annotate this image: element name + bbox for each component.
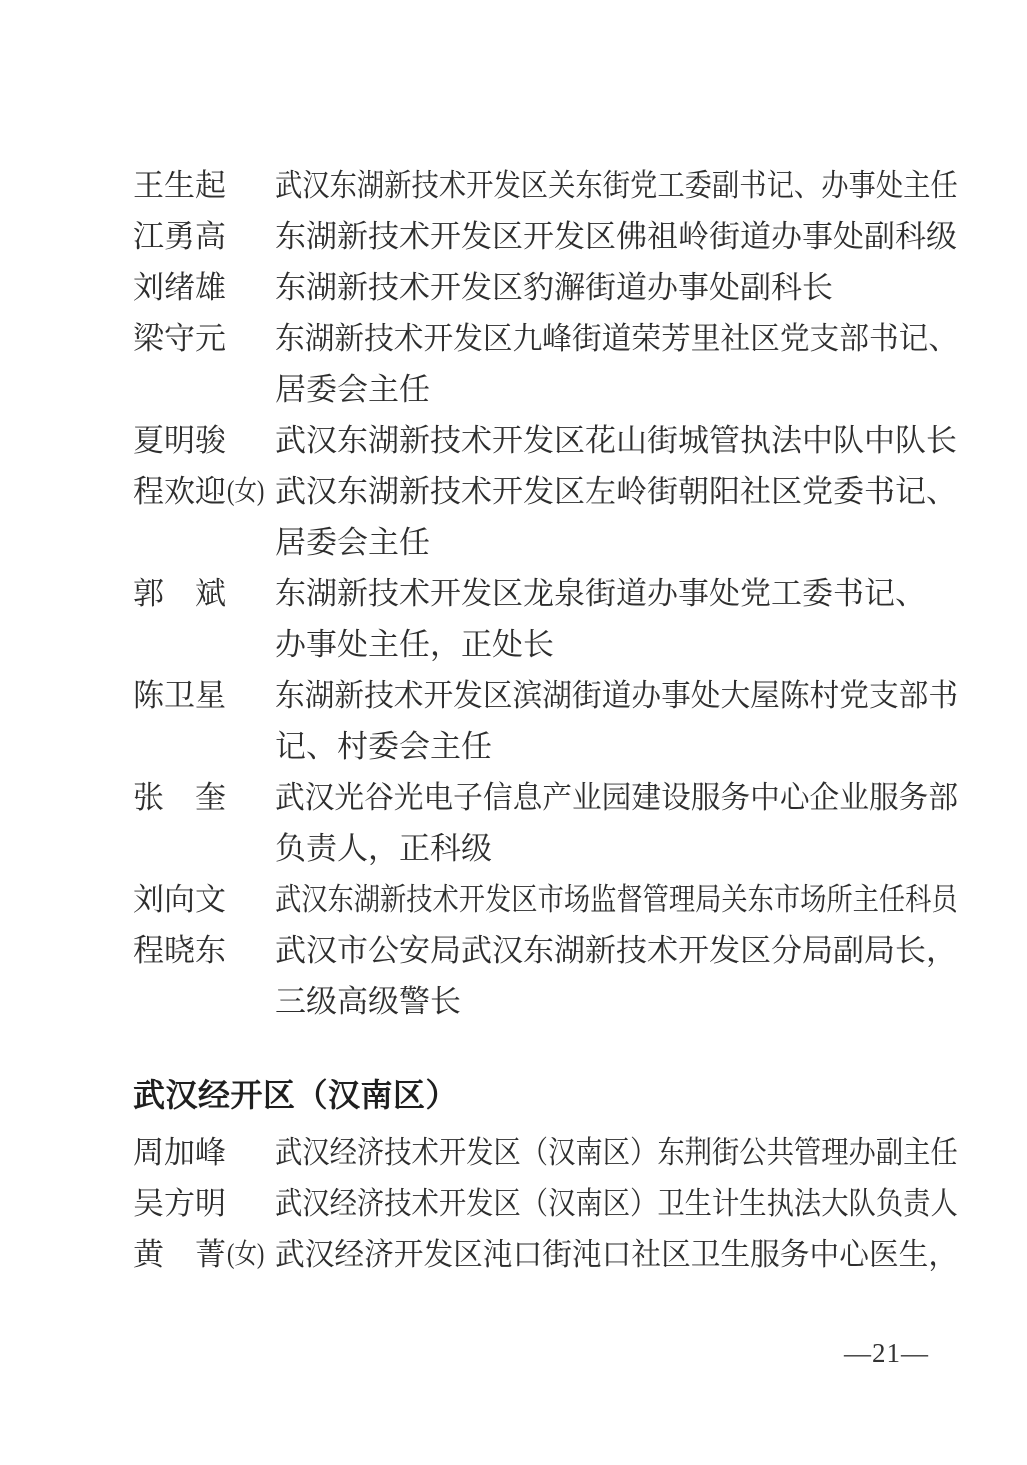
description-line-text: 武汉经济技术开发区（汉南区）东荆街公共管理办副主任	[275, 1127, 958, 1178]
description-line-text: 武汉东湖新技术开发区关东街党工委副书记、办事处主任	[275, 160, 958, 211]
entry-name-cell: 陈卫星	[133, 670, 275, 721]
description-line: 武汉东湖新技术开发区左岭街朝阳社区党委书记、	[275, 466, 958, 517]
description-line-text: 东湖新技术开发区豹澥街道办事处副科长	[275, 262, 833, 313]
section-heading: 武汉经开区（汉南区）	[133, 1069, 958, 1121]
description-line: 武汉经济技术开发区（汉南区）卫生计生执法大队负责人	[275, 1178, 958, 1229]
description-line: 记、村委会主任	[275, 721, 958, 772]
entry-name: 吴方明	[133, 1178, 226, 1229]
description-line: 武汉东湖新技术开发区花山街城管执法中队中队长	[275, 415, 958, 466]
description-line-text: 东湖新技术开发区滨湖街道办事处大屋陈村党支部书	[275, 670, 958, 721]
description-line-text: 负责人，正科级	[275, 823, 492, 874]
entry-description: 武汉东湖新技术开发区关东街党工委副书记、办事处主任	[275, 160, 958, 211]
entry-description: 武汉东湖新技术开发区左岭街朝阳社区党委书记、居委会主任	[275, 466, 958, 568]
description-line-text: 三级高级警长	[275, 976, 461, 1027]
entry-row: 张 奎武汉光谷光电子信息产业园建设服务中心企业服务部负责人，正科级	[133, 772, 958, 874]
entry-name: 夏明骏	[133, 415, 226, 466]
entry-row: 郭 斌东湖新技术开发区龙泉街道办事处党工委书记、办事处主任，正处长	[133, 568, 958, 670]
entry-description: 武汉东湖新技术开发区花山街城管执法中队中队长	[275, 415, 958, 466]
entry-description: 东湖新技术开发区龙泉街道办事处党工委书记、办事处主任，正处长	[275, 568, 958, 670]
description-line-text: 办事处主任，正处长	[275, 619, 554, 670]
entry-row: 梁守元东湖新技术开发区九峰街道荣芳里社区党支部书记、居委会主任	[133, 313, 958, 415]
entry-description: 东湖新技术开发区九峰街道荣芳里社区党支部书记、居委会主任	[275, 313, 958, 415]
description-line: 武汉东湖新技术开发区关东街党工委副书记、办事处主任	[275, 160, 958, 211]
entry-row: 江勇高东湖新技术开发区开发区佛祖岭街道办事处副科级	[133, 211, 958, 262]
entry-name-cell: 郭 斌	[133, 568, 275, 619]
description-line-text: 武汉东湖新技术开发区市场监督管理局关东市场所主任科员	[275, 874, 958, 925]
entry-name: 张 奎	[133, 772, 226, 823]
entry-name: 周加峰	[133, 1127, 226, 1178]
entry-description: 东湖新技术开发区开发区佛祖岭街道办事处副科级	[275, 211, 958, 262]
entry-row: 程晓东武汉市公安局武汉东湖新技术开发区分局副局长，三级高级警长	[133, 925, 958, 1027]
entry-row: 夏明骏武汉东湖新技术开发区花山街城管执法中队中队长	[133, 415, 958, 466]
description-line-text: 武汉市公安局武汉东湖新技术开发区分局副局长，	[275, 925, 957, 976]
description-line-text: 东湖新技术开发区九峰街道荣芳里社区党支部书记、	[275, 313, 958, 364]
entry-name: 王生起	[133, 160, 226, 211]
page-number: —21—	[844, 1336, 929, 1370]
entry-description: 东湖新技术开发区滨湖街道办事处大屋陈村党支部书记、村委会主任	[275, 670, 958, 772]
entry-row: 黄 菁(女)武汉经济开发区沌口街沌口社区卫生服务中心医生，	[133, 1229, 958, 1280]
description-line: 武汉市公安局武汉东湖新技术开发区分局副局长，	[275, 925, 958, 976]
description-line-text: 武汉东湖新技术开发区左岭街朝阳社区党委书记、	[275, 466, 957, 517]
description-line: 东湖新技术开发区龙泉街道办事处党工委书记、	[275, 568, 958, 619]
entry-row: 王生起武汉东湖新技术开发区关东街党工委副书记、办事处主任	[133, 160, 958, 211]
description-line-text: 东湖新技术开发区龙泉街道办事处党工委书记、	[275, 568, 926, 619]
entry-name-cell: 刘绪雄	[133, 262, 275, 313]
entry-name-cell: 夏明骏	[133, 415, 275, 466]
description-line: 东湖新技术开发区豹澥街道办事处副科长	[275, 262, 958, 313]
entry-list: 王生起武汉东湖新技术开发区关东街党工委副书记、办事处主任江勇高东湖新技术开发区开…	[133, 160, 958, 1280]
entry-description: 武汉经济技术开发区（汉南区）卫生计生执法大队负责人	[275, 1178, 958, 1229]
description-line: 东湖新技术开发区九峰街道荣芳里社区党支部书记、	[275, 313, 958, 364]
entry-name: 郭 斌	[133, 568, 226, 619]
entry-row: 吴方明武汉经济技术开发区（汉南区）卫生计生执法大队负责人	[133, 1178, 958, 1229]
entry-description: 武汉东湖新技术开发区市场监督管理局关东市场所主任科员	[275, 874, 958, 925]
entry-description: 武汉光谷光电子信息产业园建设服务中心企业服务部负责人，正科级	[275, 772, 958, 874]
description-line: 武汉经济技术开发区（汉南区）东荆街公共管理办副主任	[275, 1127, 958, 1178]
entry-name: 刘绪雄	[133, 262, 226, 313]
entry-name: 陈卫星	[133, 670, 226, 721]
entry-name: 程欢迎	[133, 466, 226, 517]
entry-name-cell: 江勇高	[133, 211, 275, 262]
entry-name-cell: 周加峰	[133, 1127, 275, 1178]
description-line: 居委会主任	[275, 364, 958, 415]
entry-name-cell: 王生起	[133, 160, 275, 211]
entry-row: 周加峰武汉经济技术开发区（汉南区）东荆街公共管理办副主任	[133, 1127, 958, 1178]
entry-name-cell: 黄 菁(女)	[133, 1229, 275, 1280]
entry-name-cell: 梁守元	[133, 313, 275, 364]
description-line: 东湖新技术开发区滨湖街道办事处大屋陈村党支部书	[275, 670, 958, 721]
entry-description: 武汉经济技术开发区（汉南区）东荆街公共管理办副主任	[275, 1127, 958, 1178]
entry-name: 刘向文	[133, 874, 226, 925]
description-line: 办事处主任，正处长	[275, 619, 958, 670]
description-line-text: 武汉经济技术开发区（汉南区）卫生计生执法大队负责人	[275, 1178, 958, 1229]
section: 武汉经开区（汉南区）周加峰武汉经济技术开发区（汉南区）东荆街公共管理办副主任吴方…	[133, 1069, 958, 1280]
entry-gender-suffix: (女)	[227, 1229, 264, 1280]
description-line-text: 记、村委会主任	[275, 721, 492, 772]
entry-name: 程晓东	[133, 925, 226, 976]
entry-name: 梁守元	[133, 313, 226, 364]
description-line: 负责人，正科级	[275, 823, 958, 874]
entry-name-cell: 张 奎	[133, 772, 275, 823]
entry-name: 江勇高	[133, 211, 226, 262]
description-line-text: 东湖新技术开发区开发区佛祖岭街道办事处副科级	[275, 211, 957, 262]
entry-row: 刘绪雄东湖新技术开发区豹澥街道办事处副科长	[133, 262, 958, 313]
description-line-text: 武汉光谷光电子信息产业园建设服务中心企业服务部	[275, 772, 958, 823]
description-line: 武汉光谷光电子信息产业园建设服务中心企业服务部	[275, 772, 958, 823]
entry-row: 陈卫星东湖新技术开发区滨湖街道办事处大屋陈村党支部书记、村委会主任	[133, 670, 958, 772]
entry-gender-suffix: (女)	[227, 466, 264, 517]
entry-name-cell: 程欢迎(女)	[133, 466, 275, 517]
entry-description: 武汉经济开发区沌口街沌口社区卫生服务中心医生，	[275, 1229, 958, 1280]
entry-name-cell: 吴方明	[133, 1178, 275, 1229]
description-line: 武汉经济开发区沌口街沌口社区卫生服务中心医生，	[275, 1229, 958, 1280]
description-line-text: 武汉经济开发区沌口街沌口社区卫生服务中心医生，	[275, 1229, 958, 1280]
description-line: 武汉东湖新技术开发区市场监督管理局关东市场所主任科员	[275, 874, 958, 925]
entry-row: 程欢迎(女)武汉东湖新技术开发区左岭街朝阳社区党委书记、居委会主任	[133, 466, 958, 568]
entry-name: 黄 菁	[133, 1229, 226, 1280]
entry-name-cell: 刘向文	[133, 874, 275, 925]
entry-row: 刘向文武汉东湖新技术开发区市场监督管理局关东市场所主任科员	[133, 874, 958, 925]
description-line: 东湖新技术开发区开发区佛祖岭街道办事处副科级	[275, 211, 958, 262]
entry-name-cell: 程晓东	[133, 925, 275, 976]
entry-description: 武汉市公安局武汉东湖新技术开发区分局副局长，三级高级警长	[275, 925, 958, 1027]
section: 王生起武汉东湖新技术开发区关东街党工委副书记、办事处主任江勇高东湖新技术开发区开…	[133, 160, 958, 1027]
description-line: 居委会主任	[275, 517, 958, 568]
description-line-text: 居委会主任	[275, 517, 430, 568]
description-line-text: 武汉东湖新技术开发区花山街城管执法中队中队长	[275, 415, 957, 466]
description-line-text: 居委会主任	[275, 364, 430, 415]
description-line: 三级高级警长	[275, 976, 958, 1027]
entry-description: 东湖新技术开发区豹澥街道办事处副科长	[275, 262, 958, 313]
document-page: 王生起武汉东湖新技术开发区关东街党工委副书记、办事处主任江勇高东湖新技术开发区开…	[0, 0, 1027, 1465]
